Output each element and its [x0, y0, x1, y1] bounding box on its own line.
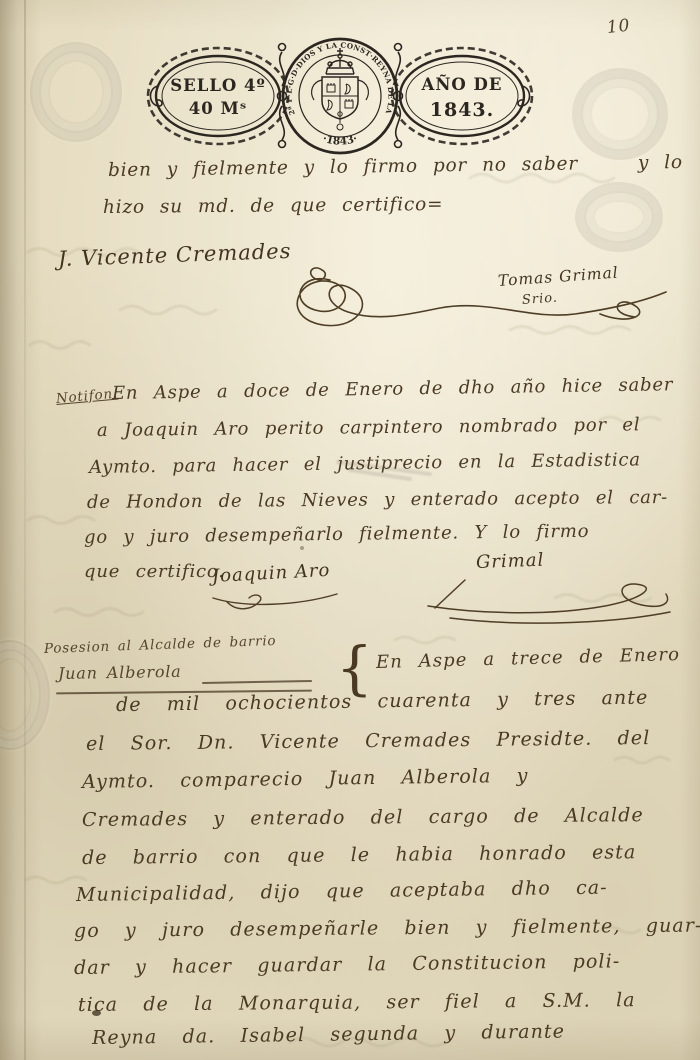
manuscript-line: tica de la Monarquia, ser fiel a S.M. la: [78, 989, 636, 1016]
signature-title: Srio.: [521, 291, 558, 308]
manuscript-line: de barrio con que le habia honrado esta: [82, 841, 637, 869]
manuscript-line: Aymto. comparecio Juan Alberola y: [82, 765, 529, 793]
ink-blot: [300, 546, 304, 550]
crown-icon: [326, 48, 354, 74]
ink-blot: [92, 1010, 101, 1016]
manuscript-line: de Hondon de las Nieves y enterado acept…: [87, 487, 668, 513]
manuscript-line: Municipalidad, dijo que aceptaba dho ca-: [76, 877, 608, 906]
signature-joaquin-aro: Joaquin Aro: [211, 560, 330, 587]
manuscript-page: 10: [0, 0, 700, 1060]
manuscript-line: go y juro desempeñarlo fielmente. Y lo f…: [84, 521, 590, 548]
manuscript-line: En Aspe a trece de Enero: [376, 644, 681, 673]
manuscript-line: Aymto. para hacer el justiprecio en la E…: [89, 449, 641, 478]
page-number: 10: [606, 16, 631, 38]
margin-label-posesion: Posesion al Alcalde de barrio: [44, 633, 277, 657]
manuscript-line: dar y hacer guardar la Constitucion poli…: [74, 950, 621, 979]
stamp-year-text: ·1843·: [321, 133, 359, 148]
stamp-left-oval: [156, 56, 280, 136]
manuscript-line: hizo su md. de que certifico=: [103, 194, 444, 218]
stamp-left-text-1: SELLO 4º: [170, 76, 266, 95]
signature-flourish: [420, 578, 675, 633]
revenue-stamp: SELLO 4º 40 Mˢ AÑO DE 1843. ISAB·2ª P·L·…: [146, 30, 534, 162]
manuscript-line: En Aspe a doce de Enero de dho año hice …: [112, 374, 674, 404]
signature-grimal: Grimal: [476, 550, 545, 573]
margin-label-alberola: Juan Alberola: [58, 662, 182, 683]
signature-vicente-cremades: J. Vicente Cremades: [58, 239, 292, 271]
manuscript-line: a Joaquin Aro perito carpintero nombrado…: [97, 414, 641, 441]
ink-layer: 10: [0, 0, 700, 1060]
manuscript-line: Cremades y enterado del cargo de Alcalde: [82, 804, 644, 831]
stamp-right-text-1: AÑO DE: [421, 73, 503, 94]
stamp-right-text-2: 1843.: [430, 99, 495, 121]
manuscript-line: que certifico.: [84, 561, 225, 582]
coat-of-arms-icon: [312, 77, 369, 130]
signature-rubric: [205, 588, 345, 614]
stamp-right-oval: [400, 56, 524, 136]
margin-dash: [202, 680, 312, 684]
manuscript-line: Reyna da. Isabel segunda y durante: [92, 1020, 565, 1049]
manuscript-line: go y juro desempeñarle bien y fielmente,…: [74, 915, 700, 942]
manuscript-line: el Sor. Dn. Vicente Cremades Presidte. d…: [86, 727, 651, 755]
margin-label-notification: Notifon.: [55, 386, 118, 407]
stamp-left-text-2: 40 Mˢ: [189, 99, 247, 118]
